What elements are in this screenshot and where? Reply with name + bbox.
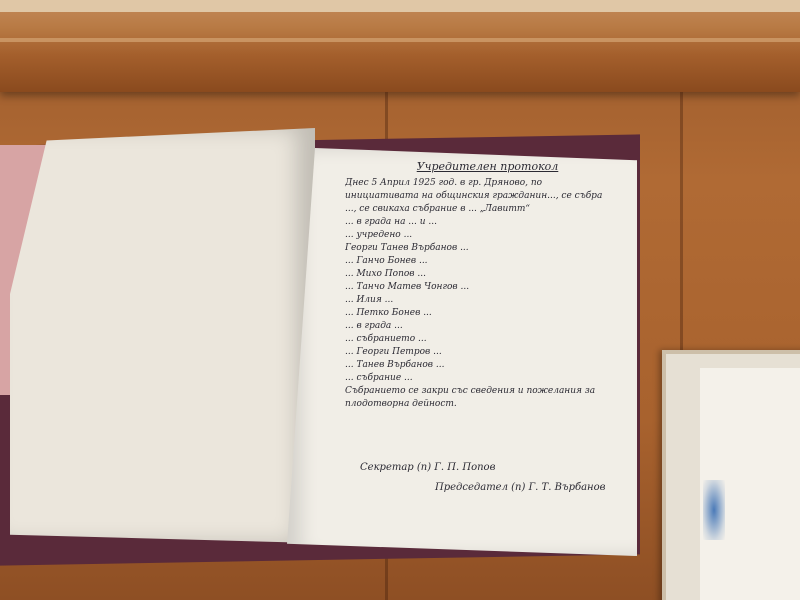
manuscript-line: ... Илия ... [345,294,630,307]
manuscript-line: ... Петко Бонев ... [345,307,630,320]
manuscript-line: ... Михо Попов ... [345,268,630,281]
manuscript-line: Събранието се закри със сведения и пожел… [345,385,630,398]
display-shelf [0,0,800,92]
manuscript-line: ... в града на ... и ... [345,216,630,229]
manuscript-line: ..., се свикаха събрание в ... „Лавитт“ [345,203,630,216]
secretary-signature: Секретар (п) Г. П. Попов [360,462,495,473]
manuscript-line: ... в града ... [345,320,630,333]
manuscript-line: плодотворна дейност. [345,398,630,411]
manuscript-title: Учредителен протокол [345,160,630,173]
left-page-blank [10,128,315,543]
manuscript-line: ... Ганчо Бонев ... [345,255,630,268]
ink-stain [703,480,725,540]
manuscript-line: ... Танчо Матев Чонгов ... [345,281,630,294]
shelf-edge [0,0,800,12]
manuscript-line: ... Георги Петров ... [345,346,630,359]
manuscript-line: ... Танев Върбанов ... [345,359,630,372]
manuscript-line: Днес 5 Април 1925 год. в гр. Дряново, по [345,177,630,190]
manuscript-line: Георги Танев Върбанов ... [345,242,630,255]
manuscript-line: ... учредено ... [345,229,630,242]
manuscript-line: ... събрание ... [345,372,630,385]
manuscript-text: Учредителен протокол Днес 5 Април 1925 г… [345,160,630,411]
manuscript-line: инициативата на общинския гражданин..., … [345,190,630,203]
manuscript-line: ... събранието ... [345,333,630,346]
shelf-highlight [0,38,800,42]
chairman-signature: Председател (п) Г. Т. Върбанов [435,482,605,493]
